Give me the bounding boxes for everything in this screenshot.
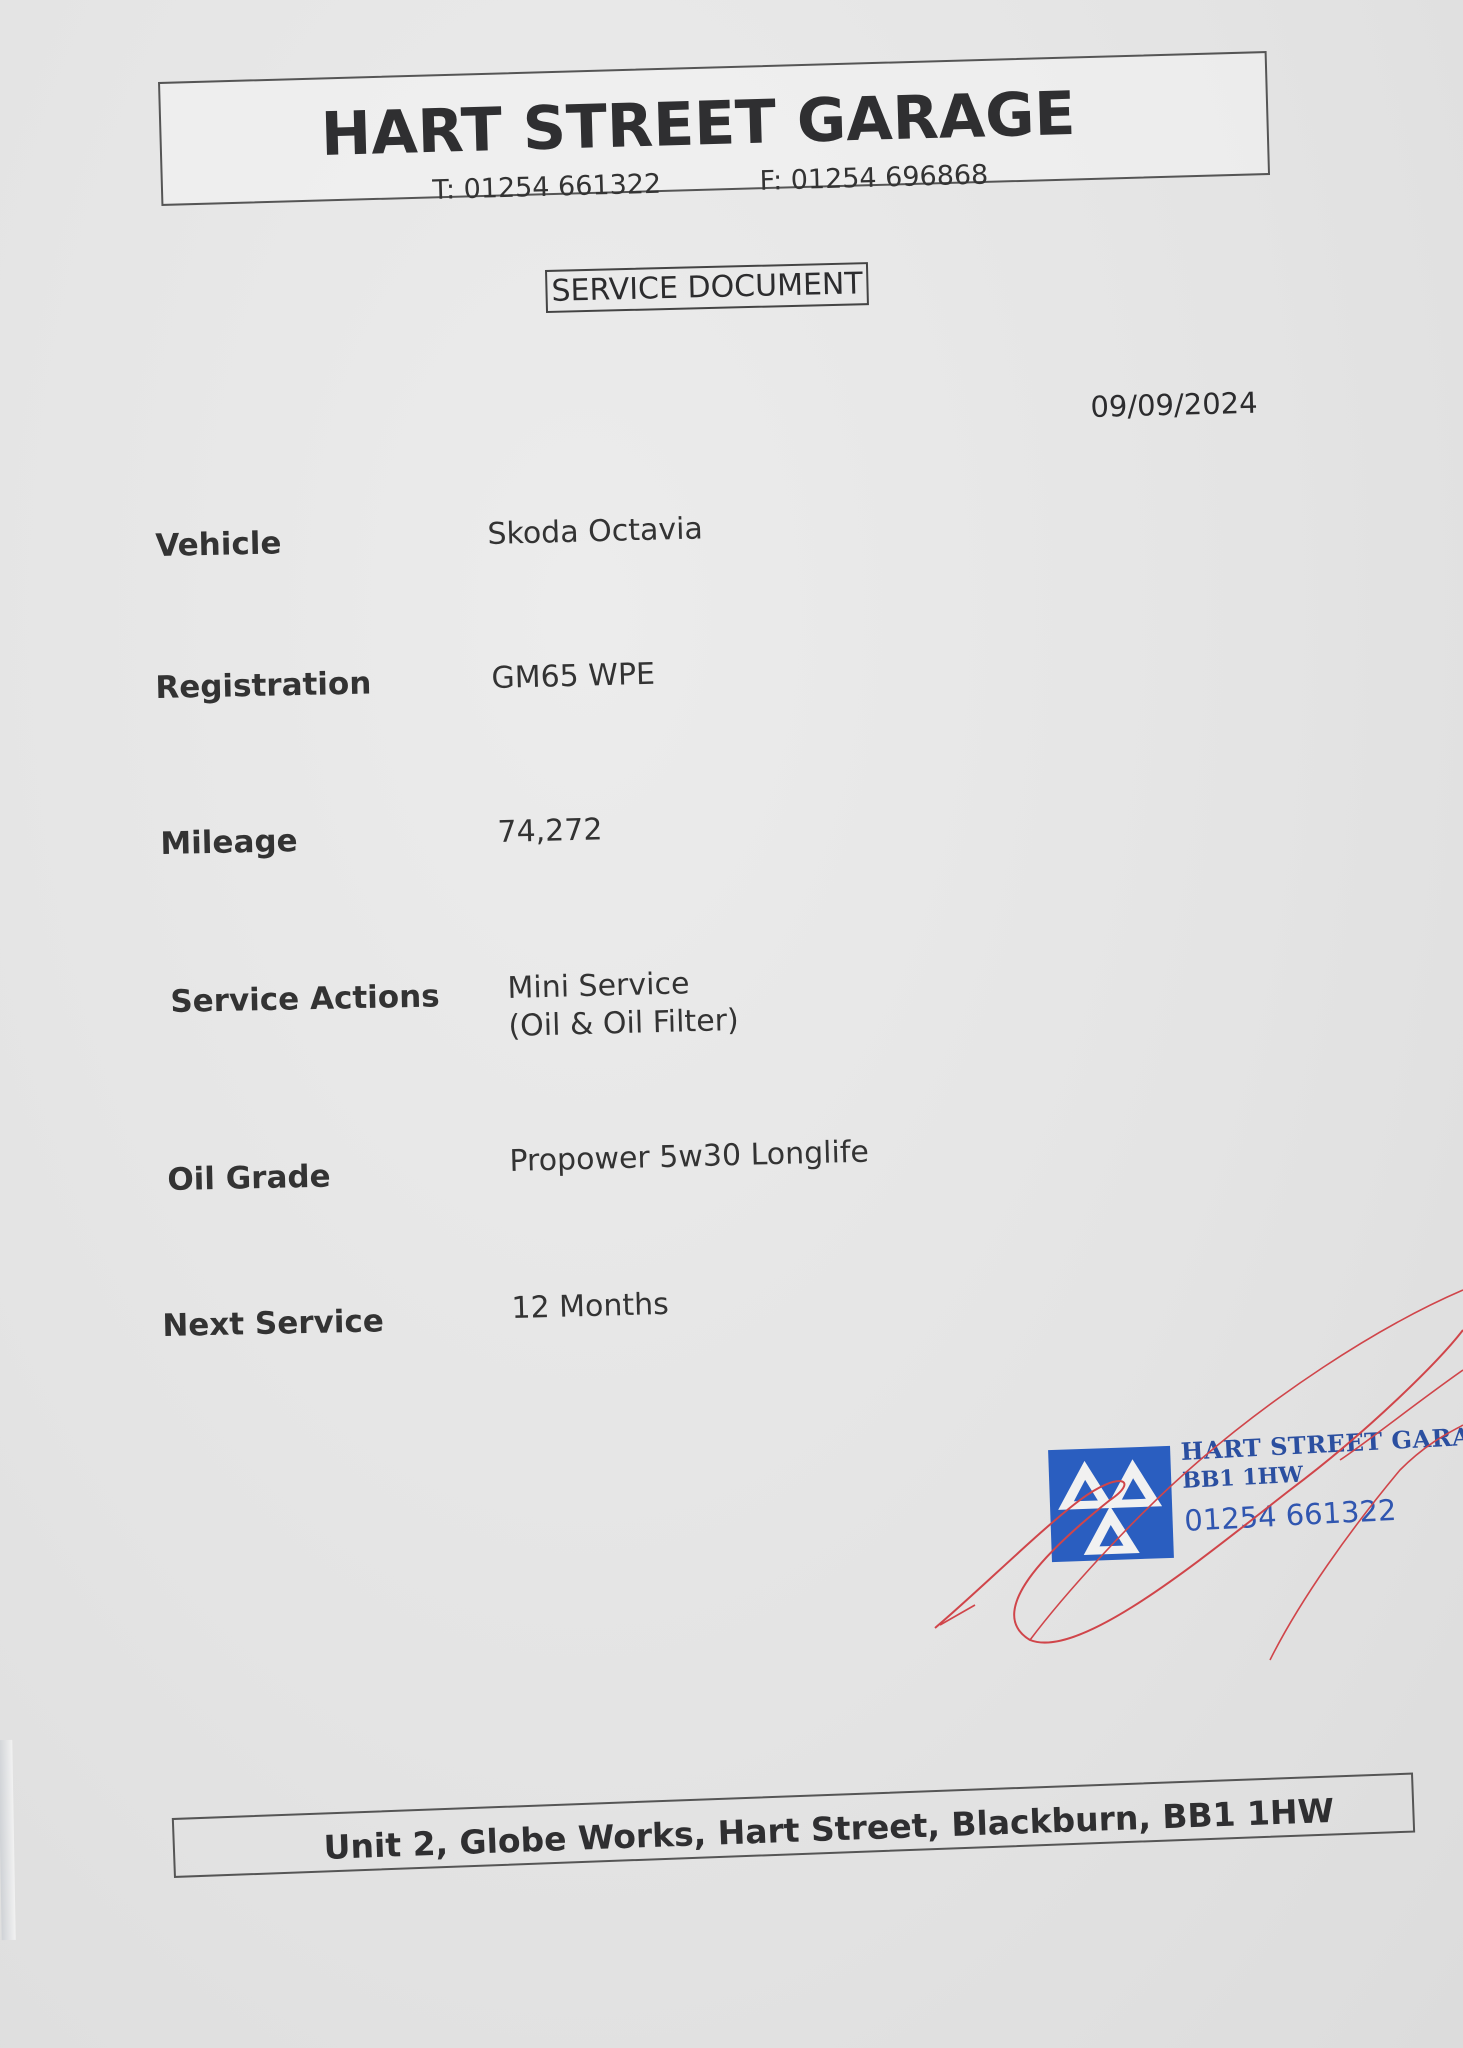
service-action-line: Mini Service: [507, 964, 738, 1008]
garage-stamp: HART STREET GARAGE BB1 1HW 01254 661322: [1180, 1420, 1463, 1538]
stamp-phone: 01254 661322: [1184, 1487, 1463, 1538]
label-service-actions: Service Actions: [170, 978, 440, 1020]
label-next-service: Next Service: [162, 1303, 384, 1344]
telephone-number: T: 01254 661322: [432, 169, 662, 206]
service-document-page: HART STREET GARAGE T: 01254 661322 F: 01…: [0, 0, 1463, 2048]
label-registration: Registration: [155, 665, 372, 706]
document-title: SERVICE DOCUMENT: [545, 262, 869, 313]
underlying-paper-edge: [0, 1740, 16, 1940]
value-service-actions: Mini Service (Oil & Oil Filter): [507, 964, 739, 1046]
value-next-service: 12 Months: [511, 1286, 669, 1328]
document-date: 09/09/2024: [1090, 386, 1258, 424]
fax-number: F: 01254 696868: [759, 159, 988, 196]
value-vehicle: Skoda Octavia: [487, 510, 703, 554]
value-registration: GM65 WPE: [491, 656, 656, 698]
label-vehicle: Vehicle: [155, 525, 282, 564]
label-oil-grade: Oil Grade: [167, 1159, 331, 1198]
service-action-line: (Oil & Oil Filter): [508, 1002, 739, 1046]
motorway-triangle-logo-icon: [1048, 1446, 1174, 1562]
value-oil-grade: Propower 5w30 Longlife: [509, 1134, 869, 1181]
label-mileage: Mileage: [160, 823, 298, 862]
value-mileage: 74,272: [497, 811, 603, 852]
